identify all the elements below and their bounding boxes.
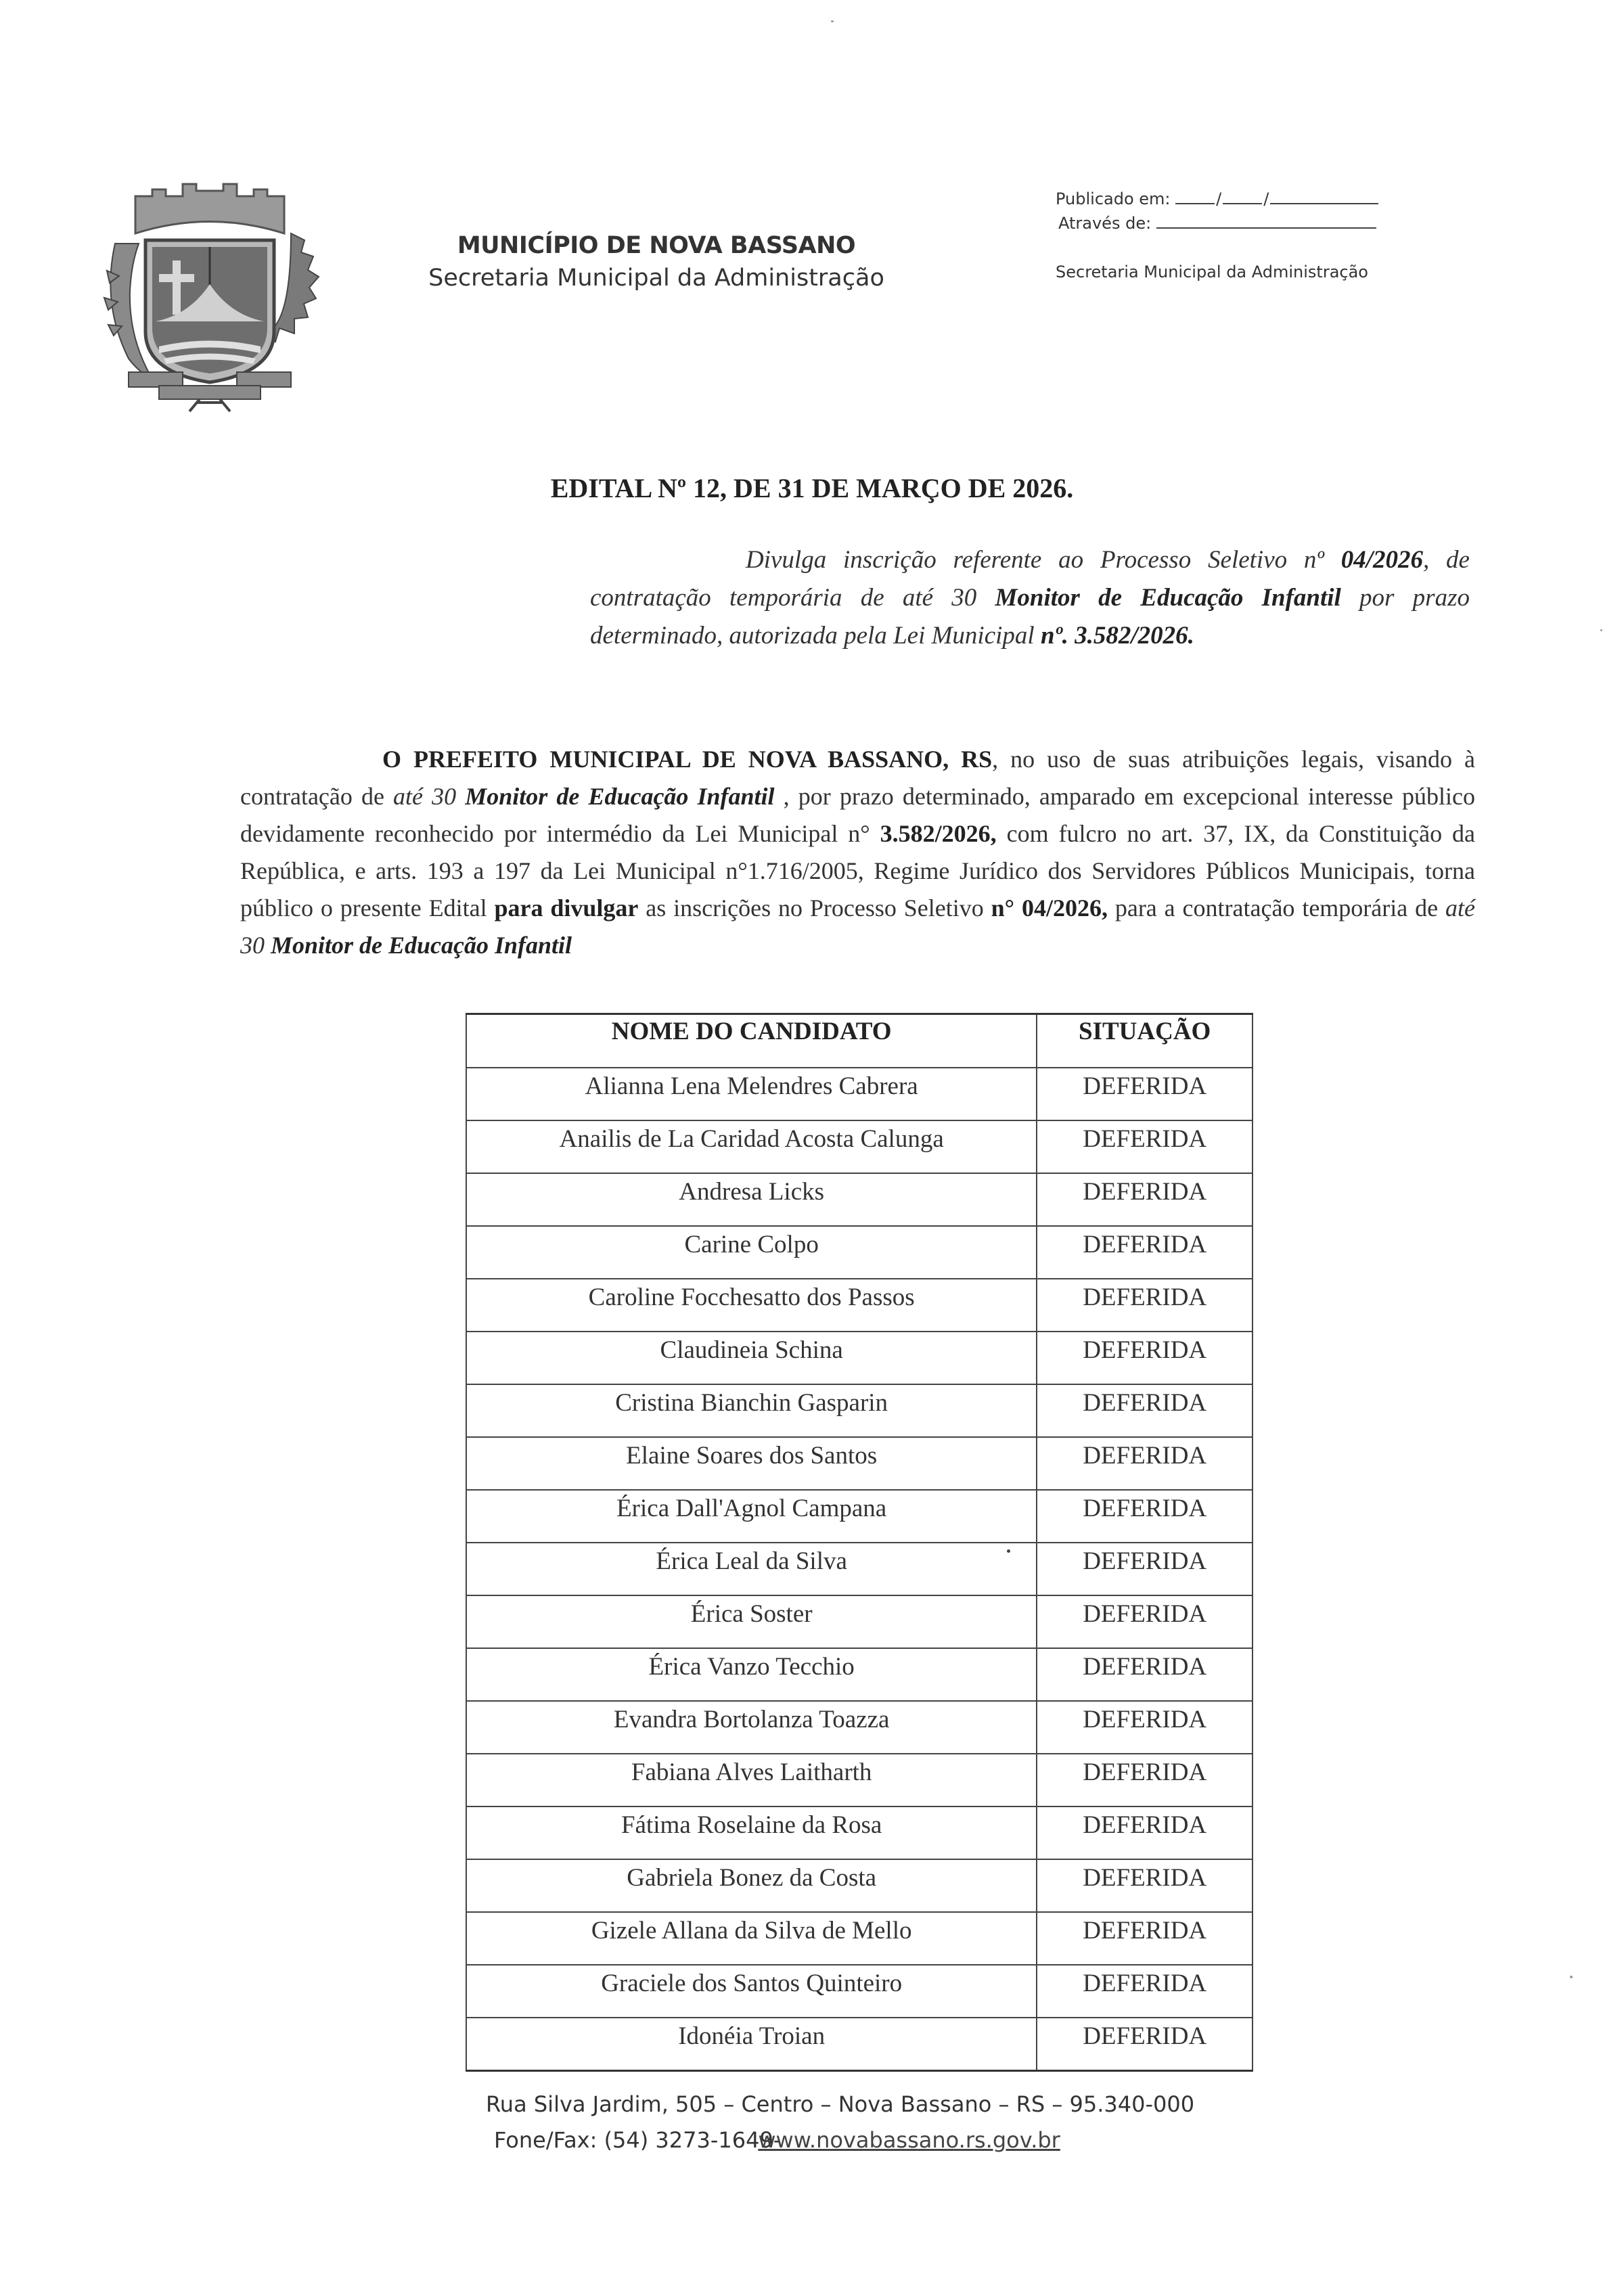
table-header-row: NOME DO CANDIDATO SITUAÇÃO bbox=[466, 1014, 1253, 1068]
authority-name: O PREFEITO MUNICIPAL DE NOVA BASSANO, RS bbox=[382, 746, 992, 773]
candidates-table-body: Alianna Lena Melendres CabreraDEFERIDAAn… bbox=[466, 1068, 1253, 2071]
candidate-status: DEFERIDA bbox=[1037, 1068, 1253, 1120]
column-header-status: SITUAÇÃO bbox=[1037, 1014, 1253, 1068]
year-blank bbox=[1270, 188, 1378, 204]
candidate-status: DEFERIDA bbox=[1037, 1279, 1253, 1332]
table-row: Érica Dall'Agnol CampanaDEFERIDA bbox=[466, 1490, 1253, 1543]
month-blank bbox=[1223, 188, 1262, 204]
candidate-status: DEFERIDA bbox=[1037, 1807, 1253, 1859]
table-row: Érica Leal da SilvaDEFERIDA bbox=[466, 1543, 1253, 1595]
date-separator: / bbox=[1262, 189, 1270, 208]
published-date-line: Publicado em: // bbox=[1056, 188, 1378, 212]
candidate-name: Érica Vanzo Tecchio bbox=[466, 1648, 1037, 1701]
department-name: Secretaria Municipal da Administração bbox=[420, 261, 893, 295]
candidate-status: DEFERIDA bbox=[1037, 1595, 1253, 1648]
scan-speck bbox=[831, 20, 834, 22]
municipal-crest-logo bbox=[88, 169, 332, 413]
municipality-heading: MUNICÍPIO DE NOVA BASSANO Secretaria Mun… bbox=[420, 230, 893, 295]
law-number: 3.582/2026, bbox=[880, 820, 997, 847]
body-text: as inscrições no Processo Seletivo bbox=[638, 894, 991, 922]
scan-speck bbox=[1007, 1549, 1010, 1553]
table-row: Carine ColpoDEFERIDA bbox=[466, 1226, 1253, 1279]
body-text: para a contratação temporária de bbox=[1108, 894, 1445, 922]
candidate-name: Fátima Roselaine da Rosa bbox=[466, 1807, 1037, 1859]
candidate-name: Andresa Licks bbox=[466, 1173, 1037, 1226]
candidate-status: DEFERIDA bbox=[1037, 1648, 1253, 1701]
candidate-name: Caroline Focchesatto dos Passos bbox=[466, 1279, 1037, 1332]
footer-phone: Fone/Fax: (54) 3273-1649- bbox=[494, 2121, 656, 2159]
column-header-name: NOME DO CANDIDATO bbox=[466, 1014, 1037, 1068]
table-row: Érica SosterDEFERIDA bbox=[466, 1595, 1253, 1648]
candidate-status: DEFERIDA bbox=[1037, 1859, 1253, 1912]
candidate-status: DEFERIDA bbox=[1037, 1965, 1253, 2018]
table-row: Idonéia TroianDEFERIDA bbox=[466, 2018, 1253, 2071]
day-blank bbox=[1175, 188, 1215, 204]
candidate-name: Claudineia Schina bbox=[466, 1332, 1037, 1384]
candidate-status: DEFERIDA bbox=[1037, 1490, 1253, 1543]
table-row: Elaine Soares dos SantosDEFERIDA bbox=[466, 1437, 1253, 1490]
via-line: Através de: bbox=[1056, 212, 1378, 237]
edital-title: EDITAL Nº 12, DE 31 DE MARÇO DE 2026. bbox=[0, 472, 1624, 504]
candidate-status: DEFERIDA bbox=[1037, 1384, 1253, 1437]
scan-speck bbox=[1600, 629, 1602, 631]
published-label: Publicado em: bbox=[1056, 189, 1171, 208]
candidates-table: NOME DO CANDIDATO SITUAÇÃO Alianna Lena … bbox=[466, 1013, 1253, 2072]
candidate-name: Cristina Bianchin Gasparin bbox=[466, 1384, 1037, 1437]
footer-address: Rua Silva Jardim, 505 – Centro – Nova Ba… bbox=[474, 2087, 1272, 2121]
table-row: Caroline Focchesatto dos PassosDEFERIDA bbox=[466, 1279, 1253, 1332]
role-name: Monitor de Educação Infantil bbox=[465, 783, 774, 810]
role-name: Monitor de Educação Infantil bbox=[271, 932, 572, 959]
table-row: Gabriela Bonez da CostaDEFERIDA bbox=[466, 1859, 1253, 1912]
candidate-status: DEFERIDA bbox=[1037, 1120, 1253, 1173]
candidate-name: Carine Colpo bbox=[466, 1226, 1037, 1279]
table-row: Anailis de La Caridad Acosta CalungaDEFE… bbox=[466, 1120, 1253, 1173]
edital-summary: Divulga inscrição referente ao Processo … bbox=[590, 541, 1470, 655]
table-row: Graciele dos Santos QuinteiroDEFERIDA bbox=[466, 1965, 1253, 2018]
candidate-status: DEFERIDA bbox=[1037, 1912, 1253, 1965]
table-row: Fabiana Alves LaitharthDEFERIDA bbox=[466, 1754, 1253, 1807]
candidate-status: DEFERIDA bbox=[1037, 1701, 1253, 1754]
date-separator: / bbox=[1215, 189, 1223, 208]
table-row: Alianna Lena Melendres CabreraDEFERIDA bbox=[466, 1068, 1253, 1120]
table-row: Claudineia SchinaDEFERIDA bbox=[466, 1332, 1253, 1384]
publication-stamp: Publicado em: // Através de: Secretaria … bbox=[1056, 188, 1378, 281]
candidate-status: DEFERIDA bbox=[1037, 2018, 1253, 2071]
candidate-name: Elaine Soares dos Santos bbox=[466, 1437, 1037, 1490]
candidate-name: Érica Soster bbox=[466, 1595, 1037, 1648]
process-number: n° 04/2026, bbox=[991, 894, 1108, 922]
page-footer: Rua Silva Jardim, 505 – Centro – Nova Ba… bbox=[474, 2087, 1272, 2159]
table-row: Andresa LicksDEFERIDA bbox=[466, 1173, 1253, 1226]
table-row: Gizele Allana da Silva de MelloDEFERIDA bbox=[466, 1912, 1253, 1965]
candidate-name: Gizele Allana da Silva de Mello bbox=[466, 1912, 1037, 1965]
candidate-name: Érica Dall'Agnol Campana bbox=[466, 1490, 1037, 1543]
process-number: 04/2026 bbox=[1341, 546, 1423, 574]
table-row: Cristina Bianchin GasparinDEFERIDA bbox=[466, 1384, 1253, 1437]
table-row: Evandra Bortolanza ToazzaDEFERIDA bbox=[466, 1701, 1253, 1754]
purpose-text: para divulgar bbox=[494, 894, 638, 922]
candidate-status: DEFERIDA bbox=[1037, 1226, 1253, 1279]
municipality-name: MUNICÍPIO DE NOVA BASSANO bbox=[420, 230, 893, 261]
candidate-name: Fabiana Alves Laitharth bbox=[466, 1754, 1037, 1807]
candidate-name: Anailis de La Caridad Acosta Calunga bbox=[466, 1120, 1037, 1173]
candidate-name: Gabriela Bonez da Costa bbox=[466, 1859, 1037, 1912]
publication-department: Secretaria Municipal da Administração bbox=[1056, 263, 1378, 281]
website-link[interactable]: www.novabassano.rs.gov.br bbox=[758, 2121, 1060, 2159]
candidate-name: Idonéia Troian bbox=[466, 2018, 1037, 2071]
scan-speck bbox=[1570, 1976, 1573, 1978]
candidate-status: DEFERIDA bbox=[1037, 1437, 1253, 1490]
candidate-name: Evandra Bortolanza Toazza bbox=[466, 1701, 1037, 1754]
candidate-name: Graciele dos Santos Quinteiro bbox=[466, 1965, 1037, 2018]
edital-body: O PREFEITO MUNICIPAL DE NOVA BASSANO, RS… bbox=[240, 741, 1475, 964]
candidate-status: DEFERIDA bbox=[1037, 1754, 1253, 1807]
candidate-status: DEFERIDA bbox=[1037, 1173, 1253, 1226]
summary-text: Divulga inscrição referente ao Processo … bbox=[746, 546, 1341, 574]
via-blank bbox=[1156, 212, 1376, 229]
candidate-status: DEFERIDA bbox=[1037, 1543, 1253, 1595]
candidate-status: DEFERIDA bbox=[1037, 1332, 1253, 1384]
table-row: Érica Vanzo TecchioDEFERIDA bbox=[466, 1648, 1253, 1701]
coat-of-arms-icon bbox=[88, 169, 332, 413]
law-number: nº. 3.582/2026. bbox=[1041, 622, 1194, 650]
candidate-name: Érica Leal da Silva bbox=[466, 1543, 1037, 1595]
role-name: Monitor de Educação Infantil bbox=[995, 584, 1341, 612]
footer-contact: Fone/Fax: (54) 3273-1649- www.novabassan… bbox=[474, 2121, 1272, 2159]
body-text: até 30 bbox=[393, 783, 465, 810]
via-label: Através de: bbox=[1058, 214, 1151, 233]
table-row: Fátima Roselaine da RosaDEFERIDA bbox=[466, 1807, 1253, 1859]
candidate-name: Alianna Lena Melendres Cabrera bbox=[466, 1068, 1037, 1120]
